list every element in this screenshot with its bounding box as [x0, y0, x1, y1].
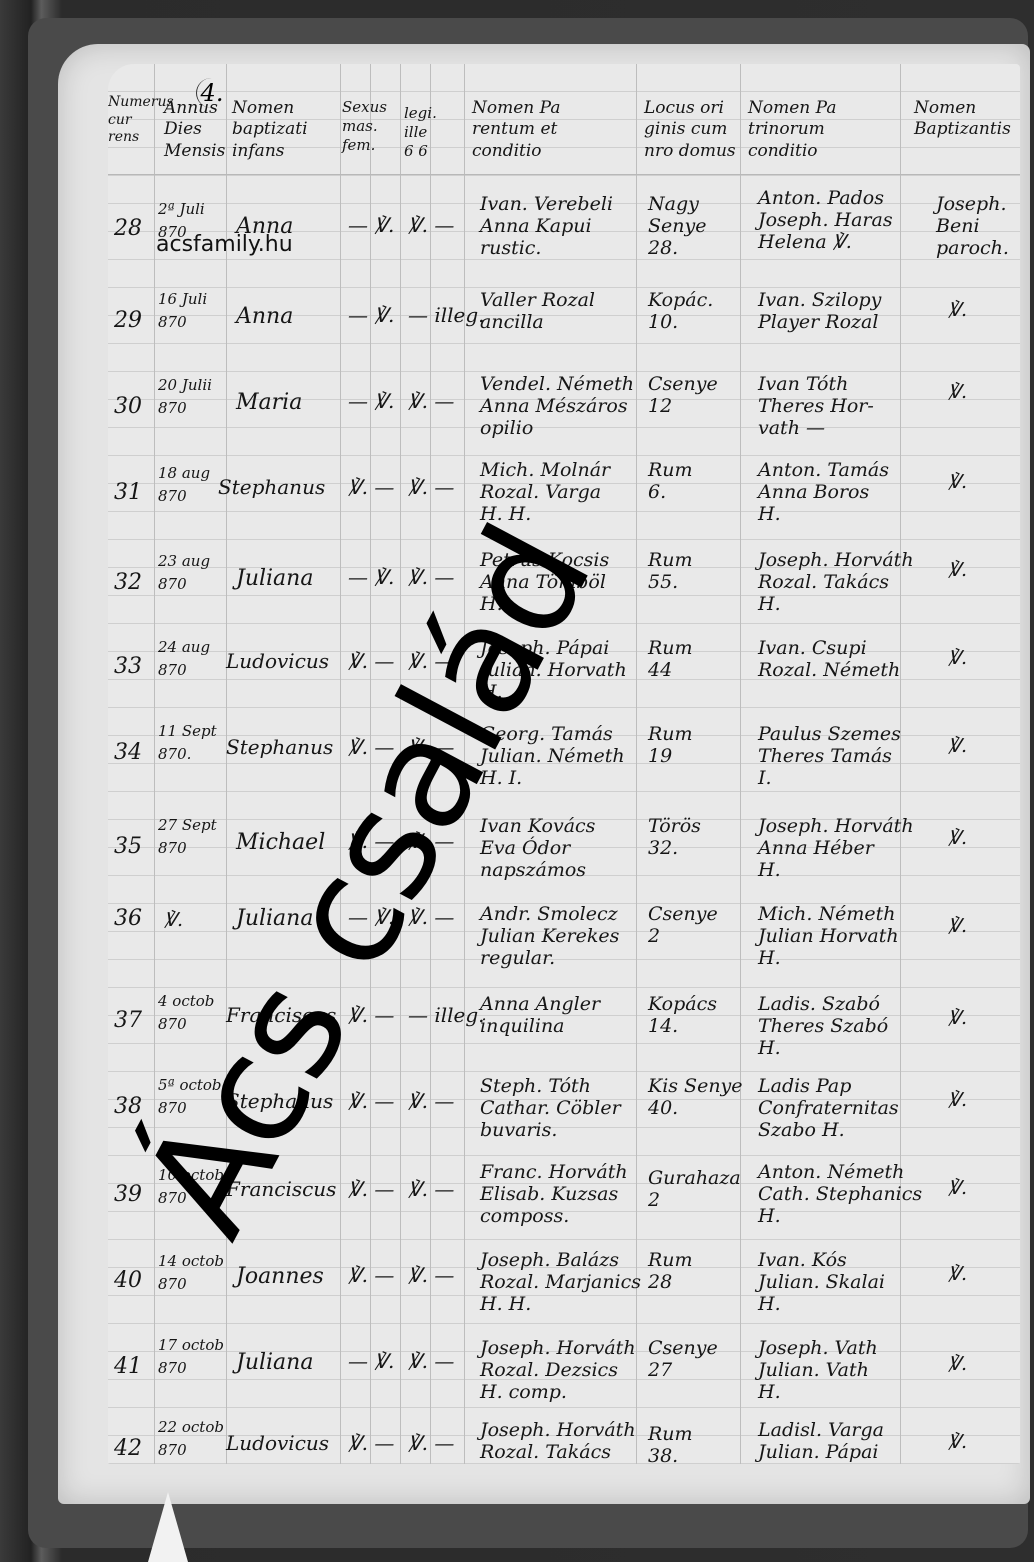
row-date: 22 octob 870 [158, 1416, 224, 1463]
row-godparents: Joseph. Horváth Anna Héber H. [758, 816, 914, 882]
row-place: Csenye 27 [648, 1338, 718, 1382]
column-rule [740, 64, 741, 1464]
row-parents: Joseph. Horváth Rozal. Takács H. [480, 1420, 636, 1464]
row-place: Csenye 12 [648, 374, 718, 418]
row-place: Rum 55. [648, 550, 693, 594]
row-number: 40 [114, 1268, 142, 1293]
row-parents: Ivan. Verebeli Anna Kapui rustic. [480, 194, 613, 260]
row-date: 14 octob 870 [158, 1250, 224, 1297]
column-rule [154, 64, 155, 1464]
row-legitimacy: ℣. — [408, 1090, 454, 1113]
row-place: Rum 19 [648, 724, 693, 768]
row-place: Nagy Senye 28. [648, 194, 706, 260]
row-legitimacy: ℣. — [408, 1178, 454, 1201]
header-date: Annus Dies Mensis [164, 98, 228, 162]
row-priest: ℣. [948, 648, 967, 670]
row-place: Kopács 14. [648, 994, 717, 1038]
row-godparents: Ladis. Szabó Theres Szabó H. [758, 994, 888, 1060]
row-number: 35 [114, 834, 142, 859]
row-number: 28 [114, 216, 142, 241]
row-parents: Steph. Tóth Cathar. Cöbler buvaris. [480, 1076, 621, 1142]
column-rule [226, 64, 227, 1464]
row-parents: Joseph. Horváth Rozal. Dezsics H. comp. [480, 1338, 636, 1404]
row-number: 29 [114, 308, 142, 333]
row-child-name: Stephanus [226, 736, 333, 759]
row-priest: ℣. [948, 1178, 967, 1200]
row-godparents: Joseph. Vath Julian. Vath H. [758, 1338, 878, 1404]
row-child-name: Juliana [236, 1350, 313, 1375]
row-date: 17 octob 870 [158, 1334, 224, 1381]
header-sex: Sexus mas. fem. [342, 98, 402, 154]
row-legitimacy: ℣. — [408, 1264, 454, 1287]
register-page: 4. Numerus cur rens Annus Dies Mensis No… [58, 44, 1030, 1504]
row-sex: ℣. — [348, 1178, 394, 1201]
row-sex: — ℣. [348, 214, 394, 237]
row-legitimacy: ℣. — [408, 1350, 454, 1373]
row-legitimacy: — illeg. [408, 304, 485, 327]
row-number: 32 [114, 570, 142, 595]
row-godparents: Anton. Németh Cath. Stephanics H. [758, 1162, 922, 1228]
row-parents: Franc. Horváth Elisab. Kuzsas composs. [480, 1162, 628, 1228]
row-priest: ℣. [948, 916, 967, 938]
row-priest: ℣. [948, 472, 967, 494]
row-priest: ℣. [948, 1432, 967, 1454]
row-date: 27 Sept 870 [158, 814, 217, 861]
row-child-name: Maria [236, 390, 302, 415]
row-place: Rum 44 [648, 638, 693, 682]
row-priest: ℣. [948, 1090, 967, 1112]
ledger-sheet: 4. Numerus cur rens Annus Dies Mensis No… [108, 64, 1020, 1464]
row-place: Rum 28 [648, 1250, 693, 1294]
row-date: 16 Juli 870 [158, 288, 207, 335]
header-legitimacy: legi. ille 6 6 [404, 104, 464, 160]
site-watermark: acsfamily.hu [156, 232, 293, 257]
row-number: 37 [114, 1008, 142, 1033]
row-date: ℣. [164, 906, 183, 935]
header-godparents: Nomen Pa trinorum conditio [748, 98, 898, 162]
header-child-name: Nomen baptizati infans [232, 98, 342, 162]
row-child-name: Ludovicus [226, 1432, 329, 1455]
row-godparents: Ladisl. Varga Julian. Pápai H. H. [758, 1420, 884, 1464]
row-godparents: Anton. Tamás Anna Boros H. [758, 460, 889, 526]
row-legitimacy: ℣. — [408, 390, 454, 413]
row-parents: Anna Angler inquilina [480, 994, 600, 1038]
row-place: Kopác. 10. [648, 290, 713, 334]
row-parents: Ivan Kovács Eva Ódor napszámos [480, 816, 595, 882]
row-priest: ℣. [948, 1264, 967, 1286]
row-child-name: Juliana [236, 566, 313, 591]
row-number: 38 [114, 1094, 142, 1119]
row-parents: Valler Rozal ancilla [480, 290, 595, 334]
row-priest: Joseph. Beni paroch. [936, 194, 1009, 260]
row-godparents: Ladis Pap Confraternitas Szabo H. [758, 1076, 899, 1142]
row-sex: — ℣. [348, 304, 394, 327]
row-number: 34 [114, 740, 142, 765]
row-godparents: Joseph. Horváth Rozal. Takács H. [758, 550, 914, 616]
row-priest: ℣. [948, 560, 967, 582]
row-place: Rum 6. [648, 460, 693, 504]
row-sex: ℣. — [348, 1264, 394, 1287]
row-date: 20 Julii 870 [158, 374, 212, 421]
row-priest: ℣. [948, 300, 967, 322]
row-date: 23 aug 870 [158, 550, 210, 597]
row-godparents: Paulus Szemes Theres Tamás I. [758, 724, 901, 790]
row-priest: ℣. [948, 1008, 967, 1030]
row-number: 33 [114, 654, 142, 679]
row-place: Törös 32. [648, 816, 701, 860]
row-sex: ℣. — [348, 476, 394, 499]
row-date: 11 Sept 870. [158, 720, 217, 767]
bookmark-ribbon [148, 1492, 188, 1562]
row-child-name: Anna [236, 304, 293, 329]
row-number: 41 [114, 1354, 142, 1379]
row-godparents: Anton. Pados Joseph. Haras Helena ℣. [758, 188, 893, 254]
row-sex: ℣. — [348, 1432, 394, 1455]
row-number: 36 [114, 906, 142, 931]
row-priest: ℣. [948, 1354, 967, 1376]
row-sex: ℣. — [348, 1090, 394, 1113]
row-godparents: Ivan. Kós Julian. Skalai H. [758, 1250, 885, 1316]
row-sex: — ℣. [348, 566, 394, 589]
row-legitimacy: ℣. — [408, 214, 454, 237]
row-parents: Joseph. Balázs Rozal. Marjanics H. H. [480, 1250, 641, 1316]
row-parents: Andr. Smolecz Julian Kerekes regular. [480, 904, 619, 970]
row-number: 42 [114, 1436, 142, 1461]
header-rule [108, 174, 1020, 175]
row-date: 24 aug 870 [158, 636, 210, 683]
row-child-name: Stephanus [218, 476, 325, 499]
row-godparents: Ivan. Csupi Rozal. Németh [758, 638, 900, 682]
row-godparents: Ivan Tóth Theres Hor- vath — [758, 374, 874, 440]
row-date: 18 aug 870 [158, 462, 210, 509]
row-legitimacy: ℣. — [408, 1432, 454, 1455]
row-parents: Vendel. Németh Anna Mészáros opilio [480, 374, 634, 440]
row-number: 31 [114, 480, 142, 505]
row-number: 30 [114, 394, 142, 419]
header-parents: Nomen Pa rentum et conditio [472, 98, 632, 162]
row-place: Gurahaza 2 [648, 1168, 741, 1212]
row-legitimacy: ℣. — [408, 476, 454, 499]
row-priest: ℣. [948, 828, 967, 850]
header-place: Locus ori ginis cum nro domus [644, 98, 744, 162]
row-sex: — ℣. [348, 1350, 394, 1373]
row-place: Kis Senye 40. [648, 1076, 743, 1120]
row-godparents: Ivan. Szilopy Player Rozal [758, 290, 881, 334]
row-place: Csenye 2 [648, 904, 718, 948]
row-legitimacy: — illeg. [408, 1004, 485, 1027]
row-priest: ℣. [948, 382, 967, 404]
row-place: Rum 38. [648, 1424, 693, 1464]
row-sex: — ℣. [348, 390, 394, 413]
row-godparents: Mich. Németh Julian Horvath H. [758, 904, 899, 970]
header-priest: Nomen Baptizantis [914, 98, 1014, 141]
header-number: Numerus cur rens [108, 94, 156, 147]
row-child-name: Joannes [236, 1264, 324, 1289]
row-child-name: Ludovicus [226, 650, 329, 673]
row-priest: ℣. [948, 736, 967, 758]
